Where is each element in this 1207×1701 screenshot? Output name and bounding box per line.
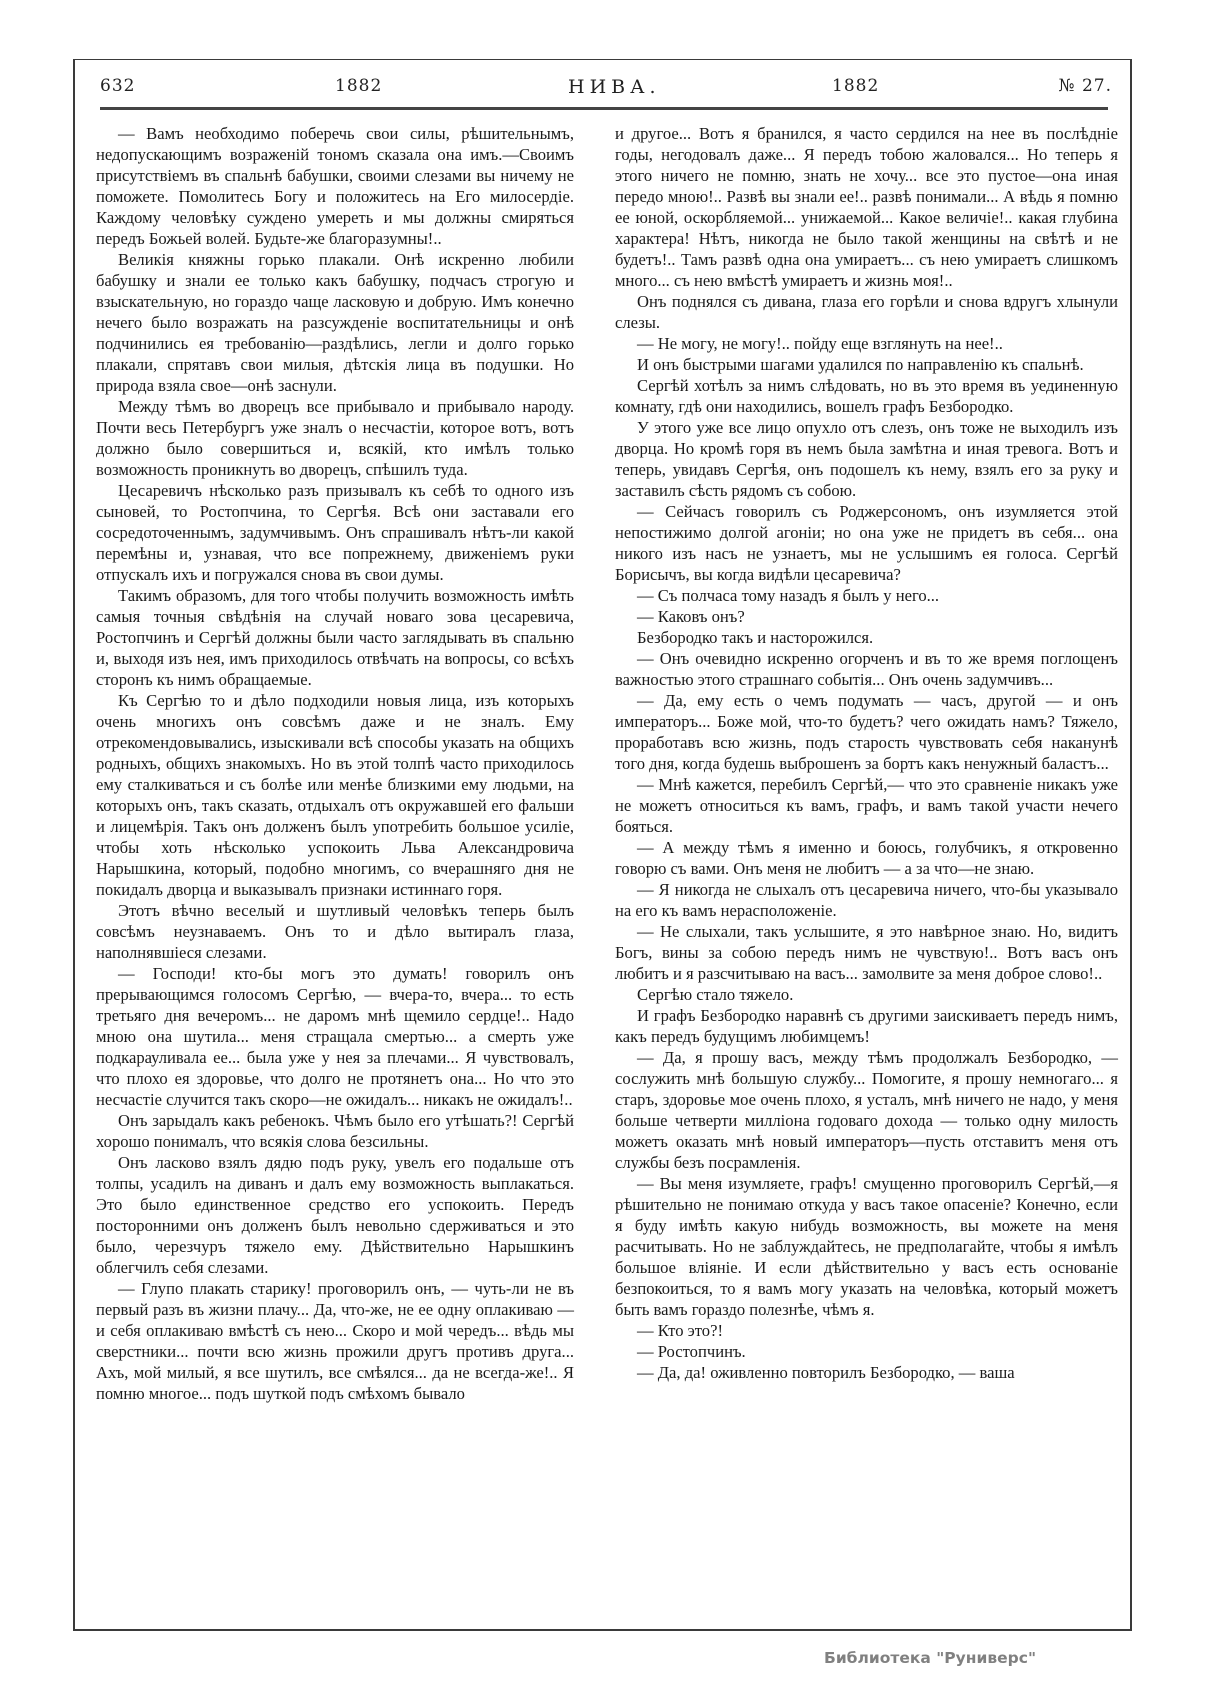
text-column-right: и другое... Вотъ я бранился, я часто сер… <box>615 123 1118 1383</box>
paragraph: Цесаревичъ нѣсколько разъ призывалъ къ с… <box>96 480 574 585</box>
paragraph: — Я никогда не слыхалъ отъ цесаревича ни… <box>615 879 1118 921</box>
paragraph: — Сейчасъ говорилъ съ Роджерсономъ, онъ … <box>615 501 1118 585</box>
paragraph: Великія княжны горько плакали. Онѣ искре… <box>96 249 574 396</box>
paragraph: — А между тѣмъ я именно и боюсь, голубчи… <box>615 837 1118 879</box>
paragraph: И онъ быстрыми шагами удалился по направ… <box>615 354 1118 375</box>
paragraph: — Ростопчинъ. <box>615 1341 1118 1362</box>
paragraph: Безбородко такъ и насторожился. <box>615 627 1118 648</box>
year-left: 1882 <box>335 76 382 96</box>
paragraph: И графъ Безбородко наравнѣ съ другими за… <box>615 1005 1118 1047</box>
paragraph: — Съ полчаса тому назадъ я былъ у него..… <box>615 585 1118 606</box>
paragraph: Сергѣю стало тяжело. <box>615 984 1118 1005</box>
paragraph: Онъ зарыдалъ какъ ребенокъ. Чѣмъ было ег… <box>96 1110 574 1152</box>
paragraph: Сергѣй хотѣлъ за нимъ слѣдовать, но въ э… <box>615 375 1118 417</box>
paragraph: — Господи! кто-бы могъ это думать! говор… <box>96 963 574 1110</box>
paragraph: У этого уже все лицо опухло отъ слезъ, о… <box>615 417 1118 501</box>
paragraph: — Кто это?! <box>615 1320 1118 1341</box>
paragraph: — Не могу, не могу!.. пойду еще взглянут… <box>615 333 1118 354</box>
page-header: 632 1882 НИВА. 1882 № 27. <box>100 76 1112 102</box>
library-credit: Библиотека "Руниверс" <box>824 1649 1036 1667</box>
issue-number: № 27. <box>1058 76 1112 96</box>
paragraph: Этотъ вѣчно веселый и шутливый человѣкъ … <box>96 900 574 963</box>
year-right: 1882 <box>832 76 879 96</box>
paragraph: — Вамъ необходимо поберечь свои силы, рѣ… <box>96 123 574 249</box>
paragraph: Между тѣмъ во дворецъ все прибывало и пр… <box>96 396 574 480</box>
paragraph: — Мнѣ кажется, перебилъ Сергѣй,— что это… <box>615 774 1118 837</box>
paragraph: Онъ поднялся съ дивана, глаза его горѣли… <box>615 291 1118 333</box>
paragraph: — Да, да! оживленно повторилъ Безбородко… <box>615 1362 1118 1383</box>
magazine-title: НИВА. <box>568 76 661 98</box>
page-number: 632 <box>100 76 135 96</box>
paragraph: — Вы меня изумляете, графъ! смущенно про… <box>615 1173 1118 1320</box>
paragraph: — Глупо плакать старику! проговорилъ онъ… <box>96 1278 574 1404</box>
paragraph: Такимъ образомъ, для того чтобы получить… <box>96 585 574 690</box>
text-column-left: — Вамъ необходимо поберечь свои силы, рѣ… <box>96 123 574 1404</box>
paragraph: — Да, я прошу васъ, между тѣмъ продолжал… <box>615 1047 1118 1173</box>
paragraph: — Не слыхали, такъ услышите, я это навѣр… <box>615 921 1118 984</box>
paragraph: — Онъ очевидно искренно огорченъ и въ то… <box>615 648 1118 690</box>
paragraph: — Каковъ онъ? <box>615 606 1118 627</box>
header-rule <box>100 107 1108 110</box>
paragraph: Онъ ласково взялъ дядю подъ руку, увелъ … <box>96 1152 574 1278</box>
paragraph: Къ Сергѣю то и дѣло подходили новыя лица… <box>96 690 574 900</box>
paragraph: — Да, ему есть о чемъ подумать — часъ, д… <box>615 690 1118 774</box>
paragraph: и другое... Вотъ я бранился, я часто сер… <box>615 123 1118 291</box>
